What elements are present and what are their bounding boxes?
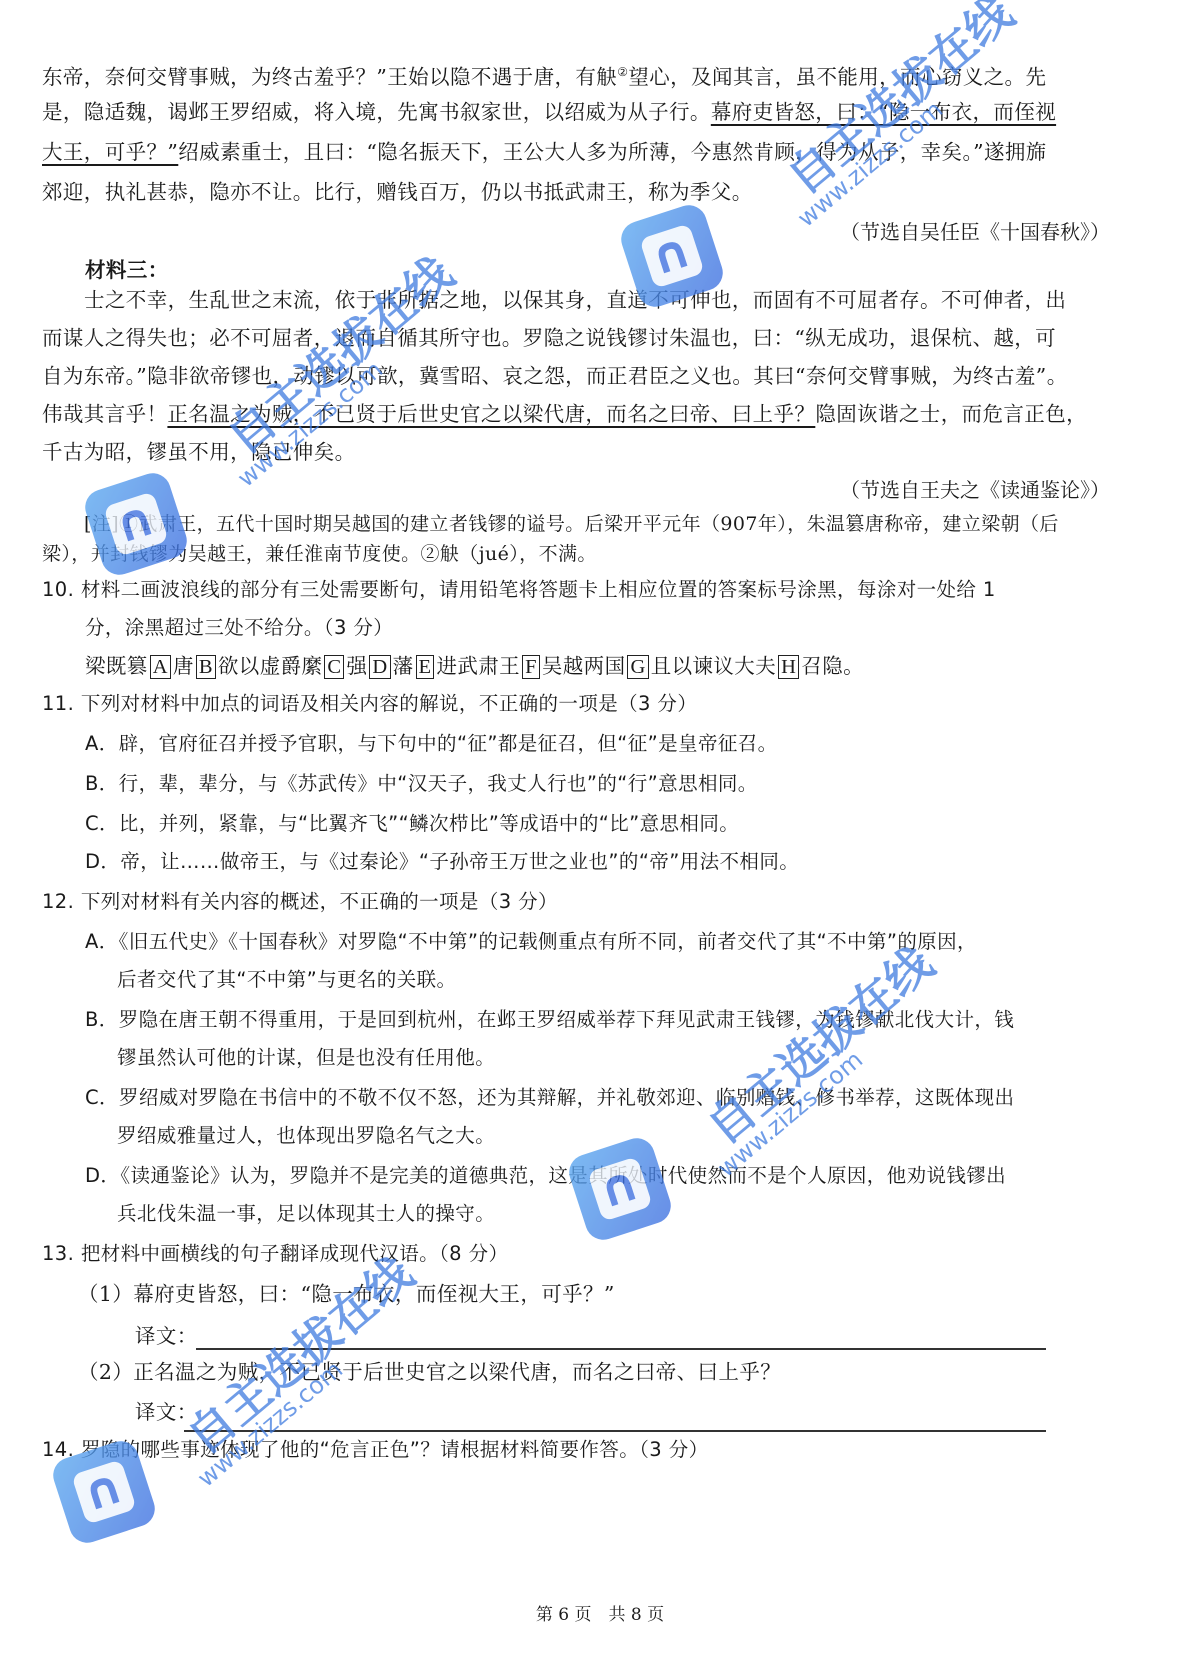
exam-page: 东帝，奈何交臂事贼，为终古羞乎？”王始以隐不遇于唐，有觖②望心，及闻其言，虽不能…: [0, 0, 1200, 1656]
q12-option-b[interactable]: B．罗隐在唐王朝不得重用，于是回到杭州，在邺王罗绍威举荐下拜见武肃王钱镠，为钱镠…: [85, 1006, 1165, 1034]
break-option-d[interactable]: D: [369, 655, 390, 679]
material2-source: （节选自吴任臣《十国春秋》）: [840, 218, 1110, 246]
material3-source: （节选自王夫之《读通鉴论》）: [840, 476, 1110, 504]
material3-line-3: 自为东帝。”隐非欲帝镠也，动镠以可歆，冀雪昭、哀之怨，而正君臣之义也。其曰“奈何…: [42, 362, 1122, 390]
q13-item-1: （1）幕府吏皆怒，曰：“隐一布衣，而侄视大王，可乎？”: [78, 1280, 1158, 1308]
material3-heading: 材料三：: [85, 256, 1165, 284]
question-number: 11.: [42, 692, 74, 715]
footnote-marker: ②: [617, 65, 628, 79]
q12-option-d[interactable]: D．《读通鉴论》认为，罗隐并不是完美的道德典范，这是其所处时代使然而不是个人原因…: [85, 1162, 1165, 1190]
notes-line-1: [注]①武肃王，五代十国时期吴越国的建立者钱镠的谥号。后梁开平元年（907年），…: [42, 510, 1122, 538]
break-option-e[interactable]: E: [416, 655, 435, 679]
q12-option-a[interactable]: A．《旧五代史》《十国春秋》对罗隐“不中第”的记载侧重点有所不同，前者交代了其“…: [85, 928, 1165, 956]
q13-answer-label-1: 译文：: [135, 1322, 1200, 1350]
question-11: 11. 下列对材料中加点的词语及相关内容的解说，不正确的一项是（3 分）: [42, 690, 1122, 718]
q13-answer-field-2[interactable]: [184, 1430, 1046, 1432]
q12-option-c-cont: 罗绍威雅量过人，也体现出罗隐名气之大。: [117, 1122, 1197, 1150]
q12-option-d-cont: 兵北伐朱温一事，足以体现其士人的操守。: [117, 1200, 1197, 1228]
q11-option-a[interactable]: A．辟，官府征召并授予官职，与下句中的“征”都是征召，但“征”是皇帝征召。: [85, 730, 1165, 758]
material2-line-3: 大王，可乎？”绍威素重士，且曰：“隐名振天下，王公大人多为所薄，今惠然肯顾，得为…: [42, 138, 1122, 166]
question-10-line-2: 分，涂黑超过三处不给分。（3 分）: [85, 614, 1165, 642]
break-option-g[interactable]: G: [627, 655, 648, 679]
material3-line-4: 伟哉其言乎！正名温之为贼，不已贤于后世史官之以梁代唐，而名之曰帝、曰上乎？隐固诙…: [42, 400, 1122, 428]
q11-option-d[interactable]: D．帝，让……做帝王，与《过秦论》“子孙帝王万世之业也”的“帝”用法不相同。: [85, 848, 1165, 876]
watermark-brand: 自主选拔在线: [171, 1239, 425, 1467]
question-13: 13. 把材料中画横线的句子翻译成现代汉语。（8 分）: [42, 1240, 1122, 1268]
material3-line-2: 而谋人之得失也；必不可屈者，退而自循其所守也。罗隐之说钱镠讨朱温也，曰：“纵无成…: [42, 324, 1122, 352]
break-option-a[interactable]: A: [150, 655, 171, 679]
question-number: 13.: [42, 1242, 74, 1265]
q13-answer-field-1[interactable]: [196, 1348, 1046, 1350]
q11-option-b[interactable]: B．行，辈，辈分，与《苏武传》中“汉天子，我丈人行也”的“行”意思相同。: [85, 770, 1165, 798]
underlined-sentence-2: 正名温之为贼，不已贤于后世史官之以梁代唐，而名之曰帝、曰上乎？: [167, 402, 815, 426]
question-12: 12. 下列对材料有关内容的概述，不正确的一项是（3 分）: [42, 888, 1122, 916]
underlined-sentence-1: 幕府吏皆怒，曰：“隐一布衣，而侄视: [711, 100, 1056, 124]
break-option-h[interactable]: H: [778, 655, 799, 679]
question-10-segmentation: 梁既篡A唐B欲以虚爵縻C强D藩E进武肃王F吴越两国G且以谏议大夫H召隐。: [85, 652, 1165, 680]
question-14: 14. 罗隐的哪些事迹体现了他的“危言正色”？请根据材料简要作答。（3 分）: [42, 1436, 1122, 1464]
q13-item-2: （2）正名温之为贼，不已贤于后世史官之以梁代唐，而名之曰帝、曰上乎？: [78, 1358, 1158, 1386]
q13-answer-label-2: 译文：: [135, 1398, 1200, 1426]
page-number: 第 6 页 共 8 页: [0, 1600, 1200, 1625]
underlined-sentence-1-end: 大王，可乎？”: [42, 140, 178, 164]
material3-line-5: 千古为昭，镠虽不用，隐已伸矣。: [42, 438, 1122, 466]
question-number: 14.: [42, 1438, 74, 1461]
material2-line-2: 是，隐适魏，谒邺王罗绍威，将入境，先寓书叙家世，以绍威为从子行。幕府吏皆怒，曰：…: [42, 98, 1122, 126]
break-option-b[interactable]: B: [196, 655, 216, 679]
material3-line-1: 士之不幸，生乱世之末流，依于非所据之地，以保其身，直道不可伸也，而固有不可屈者存…: [42, 286, 1122, 314]
q12-option-c[interactable]: C．罗绍威对罗隐在书信中的不敬不仅不怒，还为其辩解，并礼敬郊迎、临别赠钱、修书举…: [85, 1084, 1165, 1112]
q12-option-b-cont: 镠虽然认可他的计谋，但是也没有任用他。: [117, 1044, 1197, 1072]
question-number: 12.: [42, 890, 74, 913]
q11-option-c[interactable]: C．比，并列，紧靠，与“比翼齐飞”“鳞次栉比”等成语中的“比”意思相同。: [85, 810, 1165, 838]
q12-option-a-cont: 后者交代了其“不中第”与更名的关联。: [117, 966, 1197, 994]
material2-line-1: 东帝，奈何交臂事贼，为终古羞乎？”王始以隐不遇于唐，有觖②望心，及闻其言，虽不能…: [42, 58, 1122, 91]
notes-line-2: 梁），并封钱镠为吴越王，兼任淮南节度使。②觖（jué），不满。: [42, 540, 1122, 568]
break-option-c[interactable]: C: [324, 655, 344, 679]
material2-line-4: 郊迎，执礼甚恭，隐亦不让。比行，赠钱百万，仍以书抵武肃王，称为季父。: [42, 178, 1122, 206]
break-option-f[interactable]: F: [522, 655, 540, 679]
question-10: 10. 材料二画波浪线的部分有三处需要断句，请用铅笔将答题卡上相应位置的答案标号…: [42, 576, 1122, 604]
question-number: 10.: [42, 578, 74, 601]
